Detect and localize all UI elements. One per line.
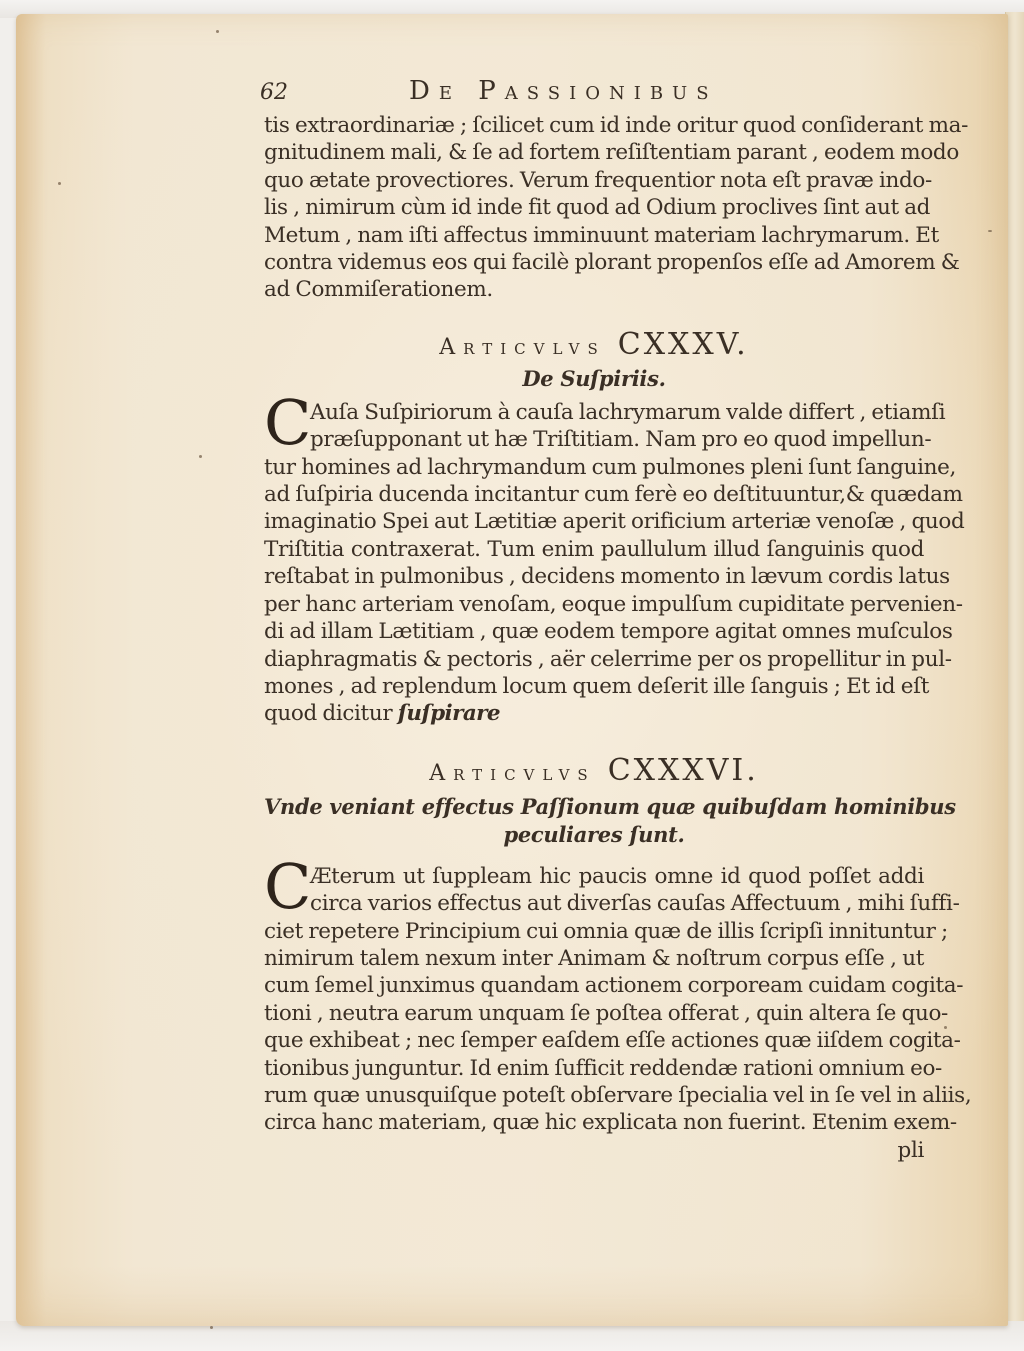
text-line: gnitudinem mali, & ſe ad fortem reſiſten… xyxy=(264,139,924,166)
paper-speck xyxy=(216,30,219,33)
article-title: De Suſpiriis. xyxy=(264,365,924,393)
text-fragment: quod dicitur xyxy=(264,701,398,726)
running-head-title: De Passionibus xyxy=(409,76,718,106)
text-line: quod dicitur ſuſpirare xyxy=(264,700,924,727)
text-line: circa hanc materiam, quæ hic explicata n… xyxy=(264,1109,924,1136)
text-line: di ad illam Lætitiam , quæ eodem tempore… xyxy=(264,618,924,645)
running-head: 62 De Passionibus xyxy=(264,78,924,112)
italic-term: ſuſpirare xyxy=(398,701,500,726)
text-line: Æterum ut ſuppleam hic paucis omne id qu… xyxy=(264,863,924,890)
text-line: reſtabat in pulmonibus , decidens moment… xyxy=(264,563,924,590)
article-number: CXXXVI. xyxy=(608,753,759,788)
text-line: contra videmus eos qui facilè plorant pr… xyxy=(264,249,924,276)
paper-speck xyxy=(199,455,202,458)
text-line: Triſtitia contraxerat. Tum enim paullulu… xyxy=(264,536,924,563)
text-line: quo ætate provectiores. Verum frequentio… xyxy=(264,167,924,194)
article-body: C Æterum ut ſuppleam hic paucis omne id … xyxy=(264,863,924,1164)
drop-cap: C xyxy=(264,857,311,917)
article-body: C Auſa Suſpiriorum à cauſa lachrymarum v… xyxy=(264,399,924,728)
text-line: tionibus junguntur. Id enim ſufficit red… xyxy=(264,1055,924,1082)
text-line: circa varios effectus aut diverſas cauſa… xyxy=(264,890,924,917)
article-number: CXXXV. xyxy=(618,327,749,362)
text-line: que exhibeat ; nec ſemper eaſdem eſſe ac… xyxy=(264,1027,924,1054)
paper-speck xyxy=(58,182,61,185)
text-line: præſupponant ut hæ Triſtitiam. Nam pro e… xyxy=(264,426,924,453)
page-number: 62 xyxy=(260,80,288,105)
paper-speck xyxy=(210,1326,213,1329)
text-line: ciet repetere Principium cui omnia quæ d… xyxy=(264,918,924,945)
text-line: mones , ad replendum locum quem deſerit … xyxy=(264,673,924,700)
text-line: Metum , nam iſti affectus imminuunt mate… xyxy=(264,222,924,249)
article-title-line-2: peculiares ſunt. xyxy=(264,821,924,849)
text-line: lis , nimirum cùm id inde fit quod ad Od… xyxy=(264,194,924,221)
text-line: ad Commiſerationem. xyxy=(264,276,924,303)
text-line: tis extraordinariæ ; ſcilicet cum id ind… xyxy=(264,112,924,139)
article-heading: ArticvlvsCXXXV. xyxy=(264,330,924,363)
intro-paragraph: tis extraordinariæ ; ſcilicet cum id ind… xyxy=(264,112,924,304)
article-heading: ArticvlvsCXXXVI. xyxy=(264,756,924,789)
text-line: diaphragmatis & pectoris , aër celerrime… xyxy=(264,646,924,673)
drop-cap: C xyxy=(264,393,311,453)
text-line: rum quæ unusquiſque poteſt obſervare ſpe… xyxy=(264,1082,924,1109)
text-line: cum ſemel junximus quandam actionem corp… xyxy=(264,972,924,999)
paper-speck xyxy=(988,230,992,232)
article-135: ArticvlvsCXXXV. De Suſpiriis. C Auſa Suſ… xyxy=(264,330,924,728)
text-line: ad ſuſpiria ducenda incitantur cum ferè … xyxy=(264,481,924,508)
article-136: ArticvlvsCXXXVI. Vnde veniant effectus P… xyxy=(264,756,924,1164)
text-line: tur homines ad lachrymandum cum pulmones… xyxy=(264,454,924,481)
text-line: tioni , neutra earum unquam ſe poſtea of… xyxy=(264,1000,924,1027)
text-line: Auſa Suſpiriorum à cauſa lachrymarum val… xyxy=(264,399,924,426)
text-line: per hanc arteriam venoſam, eoque impulſu… xyxy=(264,591,924,618)
text-line: imaginatio Spei aut Lætitiæ aperit orifi… xyxy=(264,508,924,535)
page-text: 62 De Passionibus tis extraordinariæ ; ſ… xyxy=(264,78,924,1164)
catchword: pli xyxy=(264,1137,924,1164)
article-title-line-1: Vnde veniant effectus Paſſionum quæ quib… xyxy=(264,793,924,821)
article-label: Articvlvs xyxy=(429,761,595,786)
article-label: Articvlvs xyxy=(439,335,605,360)
text-line: nimirum talem nexum inter Animam & noſtr… xyxy=(264,945,924,972)
